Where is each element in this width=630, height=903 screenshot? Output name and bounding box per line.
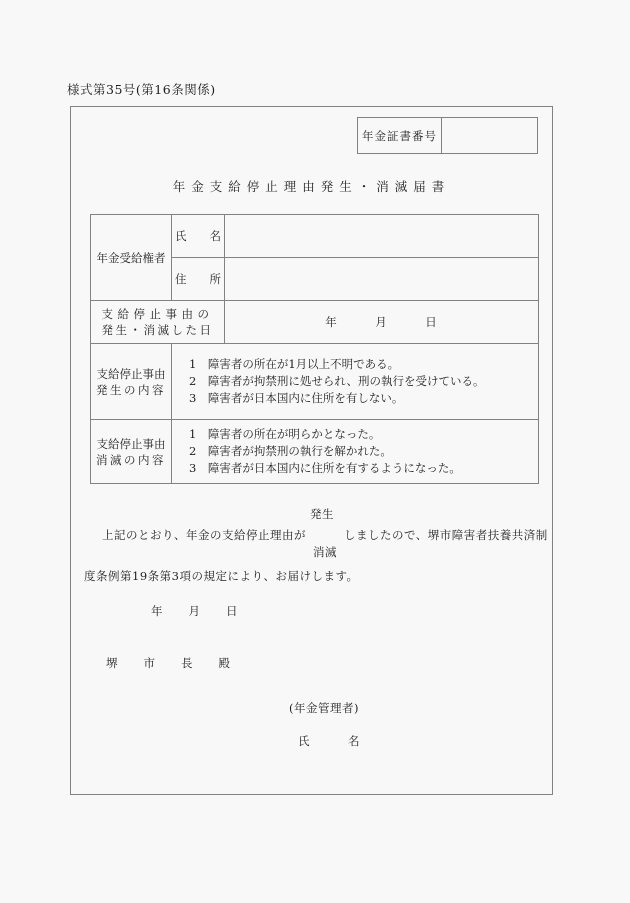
stop-date-label-line1: 支給停止事由の [91, 306, 224, 322]
pensioner-label: 年金受給権者 [91, 215, 172, 301]
signature-date-line: 年 月 日 [151, 603, 239, 619]
form-number-label: 様式第35号(第16条関係) [67, 80, 216, 98]
stop-date-label-line2: 発生・消滅した日 [91, 322, 224, 338]
declaration-line1-after: しましたので、堺市障害者扶養共済制 [344, 527, 548, 543]
occurrence-item: 1 障害者の所在が1月以上不明である。 [172, 356, 538, 373]
declaration-stacked-occurrence: 発生 [310, 506, 334, 522]
stop-date-value-cell: 年 月 日 [225, 301, 539, 344]
extinction-content-label: 支給停止事由 消滅の内容 [91, 420, 172, 484]
occurrence-label-line1: 支給停止事由 [91, 366, 171, 382]
extinction-label-line2: 消滅の内容 [91, 452, 171, 468]
addressee-mayor-of-sakai: 堺 市 長 殿 [106, 655, 231, 671]
form-title: 年金支給停止理由発生・消滅届書 [71, 177, 552, 195]
occurrence-item: 2 障害者が拘禁刑に処せられ、刑の執行を受けている。 [172, 373, 538, 390]
pensioner-name-value-cell [225, 215, 539, 258]
document-page: { "form": { "form_number": "様式第35号(第16条関… [0, 0, 630, 903]
pensioner-address-value-cell [225, 258, 539, 301]
table-row: 支給停止事由 消滅の内容 1 障害者の所在が明らかとなった。 2 障害者が拘禁刑… [91, 420, 539, 484]
pension-manager-label: (年金管理者) [289, 700, 359, 716]
table-row: 年金受給権者 氏 名 [91, 215, 539, 258]
pensioner-address-label: 住 所 [172, 258, 225, 301]
extinction-label-line1: 支給停止事由 [91, 436, 171, 452]
extinction-item: 2 障害者が拘禁刑の執行を解かれた。 [172, 443, 538, 460]
occurrence-content-label: 支給停止事由 発生の内容 [91, 344, 172, 420]
pension-certificate-number-box: 年金証書番号 [357, 117, 538, 154]
form-sheet-border: 年金証書番号 年金支給停止理由発生・消滅届書 年金受給権者 氏 名 住 所 支給… [70, 106, 553, 795]
pension-certificate-number-label: 年金証書番号 [358, 118, 442, 153]
declaration-line2: 度条例第19条第3項の規定により、お届けします。 [84, 568, 359, 584]
declaration-stacked-extinction: 消滅 [313, 544, 337, 560]
declaration-line1-before: 上記のとおり、年金の支給停止理由が [102, 527, 306, 543]
occurrence-item: 3 障害者が日本国内に住所を有しない。 [172, 390, 538, 407]
main-form-table: 年金受給権者 氏 名 住 所 支給停止事由の 発生・消滅した日 年 月 日 支給… [90, 214, 539, 484]
extinction-items-cell: 1 障害者の所在が明らかとなった。 2 障害者が拘禁刑の執行を解かれた。 3 障… [172, 420, 539, 484]
table-row: 支給停止事由 発生の内容 1 障害者の所在が1月以上不明である。 2 障害者が拘… [91, 344, 539, 420]
occurrence-label-line2: 発生の内容 [91, 382, 171, 398]
stop-date-label: 支給停止事由の 発生・消滅した日 [91, 301, 225, 344]
extinction-item: 3 障害者が日本国内に住所を有するようになった。 [172, 460, 538, 477]
occurrence-items-cell: 1 障害者の所在が1月以上不明である。 2 障害者が拘禁刑に処せられ、刑の執行を… [172, 344, 539, 420]
pension-certificate-number-value [442, 118, 537, 153]
extinction-item: 1 障害者の所在が明らかとなった。 [172, 426, 538, 443]
manager-name-label: 氏 名 [298, 733, 361, 749]
table-row: 支給停止事由の 発生・消滅した日 年 月 日 [91, 301, 539, 344]
pensioner-name-label: 氏 名 [172, 215, 225, 258]
